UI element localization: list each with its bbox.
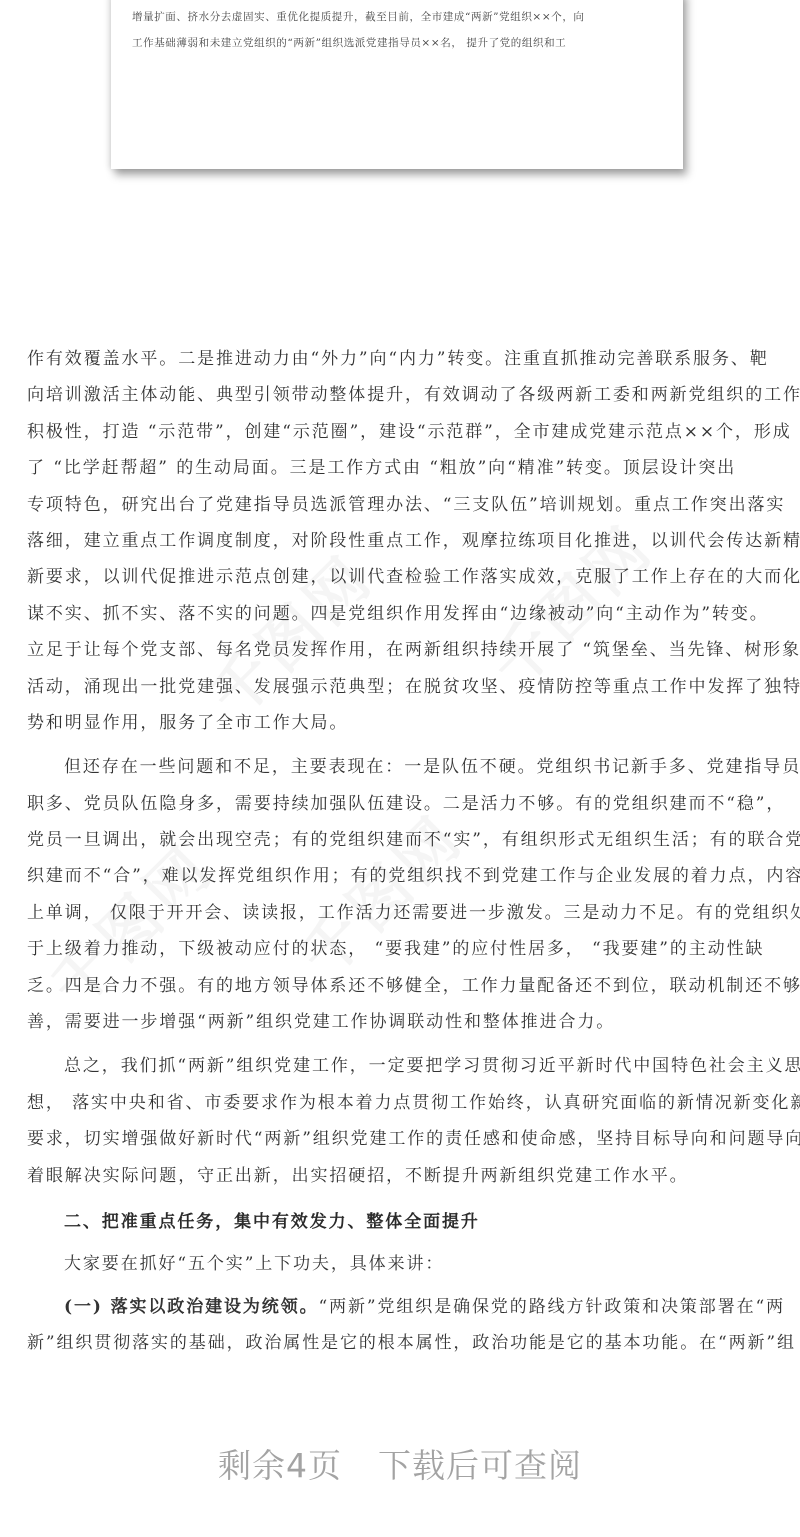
text-line: 职多、党员队伍隐身多，需要持续加强队伍建设。二是活力不够。有的党组织建而不“稳”… <box>27 786 775 822</box>
subsection-political-construction: (一) 落实以政治建设为统领。“两新”党组织是确保党的路线方针政策和决策部署在“… <box>27 1289 775 1362</box>
preview-text-line: 增量扩面、挤水分去虚固实、重优化提质提升，截至目前，全市建成“两新”党组织××个… <box>132 9 585 24</box>
subsection-heading: (一) 落实以政治建设为统领。 <box>64 1297 319 1317</box>
text-line: 但还存在一些问题和不足，主要表现在：一是队伍不硬。党组织书记新手多、党建指导员兼 <box>27 749 775 785</box>
text-line: 谋不实、抓不实、落不实的问题。四是党组织作用发挥由“边缘被动”向“主动作为”转变… <box>27 596 775 632</box>
text-line: 总之，我们抓“两新”组织党建工作，一定要把学习贯彻习近平新时代中国特色社会主义思 <box>27 1048 775 1084</box>
paragraph-achievements: 作有效覆盖水平。二是推进动力由“外力”向“内力”转变。注重直抓推动完善联系服务、… <box>27 341 775 741</box>
text-line: 新”组织贯彻落实的基础，政治属性是它的根本属性，政治功能是它的基本功能。在“两新… <box>27 1325 775 1361</box>
text-line: 党员一旦调出，就会出现空壳；有的党组织建而不“实”，有组织形式无组织生活；有的联… <box>27 822 775 858</box>
text-line: 想， 落实中央和省、市委要求作为根本着力点贯彻工作始终，认真研究面临的新情况新变… <box>27 1085 775 1121</box>
section-heading: 二、把准重点任务，集中有效发力、整体全面提升 <box>27 1204 775 1240</box>
text-line: 乏。四是合力不强。有的地方领导体系还不够健全，工作力量配备还不到位，联动机制还不… <box>27 968 775 1004</box>
text-line: 势和明显作用，服务了全市工作大局。 <box>27 705 775 741</box>
preview-text-line: 工作基础薄弱和未建立党组织的“两新”组织选派党建指导员××名， 提升了党的组织和… <box>132 35 566 50</box>
text-line: 了 “比学赶帮超” 的生动局面。三是工作方式由 “粗放”向“精准”转变。顶层设计… <box>27 450 775 486</box>
remaining-pages-banner[interactable]: 剩余4页下载后可查阅 <box>0 1440 800 1487</box>
text-line: 立足于让每个党支部、每名党员发挥作用，在两新组织持续开展了 “筑堡垒、当先锋、树… <box>27 632 775 668</box>
text-line: (一) 落实以政治建设为统领。“两新”党组织是确保党的路线方针政策和决策部署在“… <box>27 1289 775 1325</box>
text-line: 新要求，以训代促推进示范点创建，以训代查检验工作落实成效，克服了工作上存在的大而… <box>27 559 775 595</box>
text-line: 着眼解决实际问题，守正出新，出实招硬招，不断提升两新组织党建工作水平。 <box>27 1158 775 1194</box>
intro-line: 大家要在抓好“五个实”上下功夫，具体来讲： <box>27 1246 775 1282</box>
text-line: 要求，切实增强做好新时代“两新”组织党建工作的责任感和使命感，坚持目标导向和问题… <box>27 1121 775 1157</box>
text-line: 上单调， 仅限于开开会、读读报，工作活力还需要进一步激发。三是动力不足。有的党组… <box>27 895 775 931</box>
paragraph-summary: 总之，我们抓“两新”组织党建工作，一定要把学习贯彻习近平新时代中国特色社会主义思… <box>27 1048 775 1194</box>
text-line: 织建而不“合”，难以发挥党组织作用；有的党组织找不到党建工作与企业发展的着力点，… <box>27 858 775 894</box>
download-hint: 下载后可查阅 <box>378 1446 582 1485</box>
subsection-text: “两新”党组织是确保党的路线方针政策和决策部署在“两 <box>319 1297 785 1317</box>
text-line: 于上级着力推动，下级被动应付的状态， “要我建”的应付性居多， “我要建”的主动… <box>27 931 775 967</box>
text-line: 向培训激活主体动能、典型引领带动整体提升，有效调动了各级两新工委和两新党组织的工… <box>27 377 775 413</box>
document-body: 作有效覆盖水平。二是推进动力由“外力”向“内力”转变。注重直抓推动完善联系服务、… <box>27 341 775 1362</box>
text-line: 积极性，打造 “示范带”，创建“示范圈”，建设“示范群”，全市建成党建示范点××… <box>27 414 775 450</box>
text-line: 专项特色，研究出台了党建指导员选派管理办法、“三支队伍”培训规划。重点工作突出落… <box>27 487 775 523</box>
text-line: 作有效覆盖水平。二是推进动力由“外力”向“内力”转变。注重直抓推动完善联系服务、… <box>27 341 775 377</box>
paragraph-problems: 但还存在一些问题和不足，主要表现在：一是队伍不硬。党组织书记新手多、党建指导员兼… <box>27 749 775 1040</box>
text-line: 活动，涌现出一批党建强、发展强示范典型；在脱贫攻坚、疫情防控等重点工作中发挥了独… <box>27 669 775 705</box>
remaining-pages-count: 剩余4页 <box>218 1446 342 1485</box>
text-line: 落细，建立重点工作调度制度，对阶段性重点工作，观摩拉练项目化推进，以训代会传达新… <box>27 523 775 559</box>
document-page-preview: 增量扩面、挤水分去虚固实、重优化提质提升，截至目前，全市建成“两新”党组织××个… <box>111 0 683 169</box>
text-line: 善，需要进一步增强“两新”组织党建工作协调联动性和整体推进合力。 <box>27 1004 775 1040</box>
